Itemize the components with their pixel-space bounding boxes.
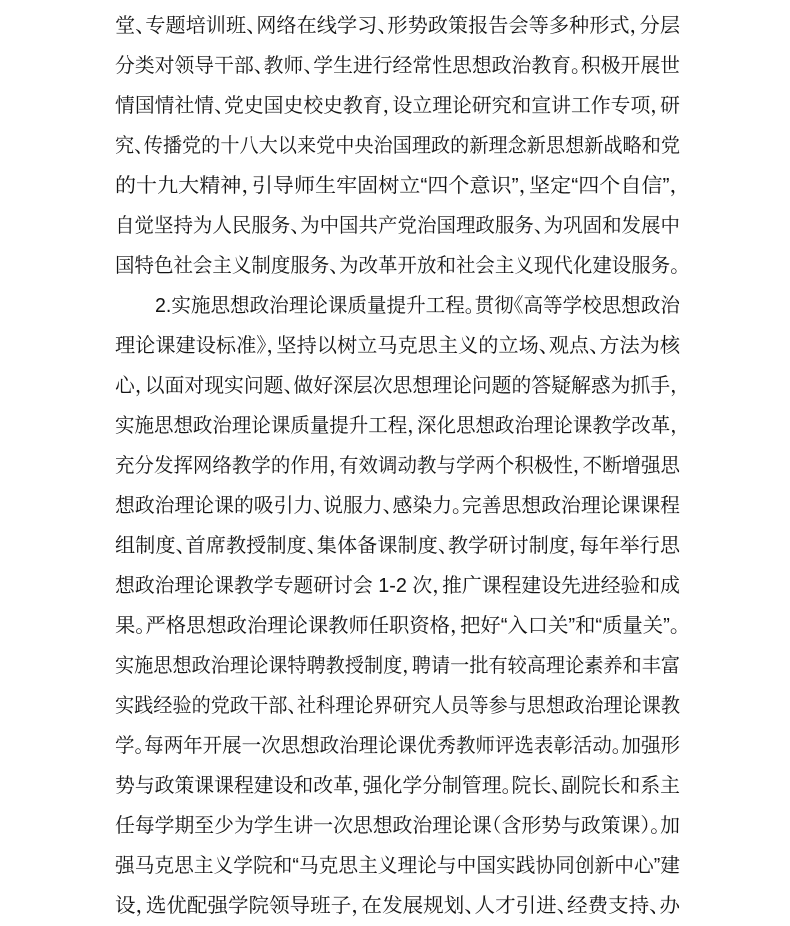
text-line-content: 组制度、首席教授制度、集体备课制度、教学研讨制度，每年举行思 bbox=[115, 526, 680, 566]
text-line: 究、传播党的十八大以来党中央治国理政的新理念新思想新战略和党 bbox=[115, 126, 680, 166]
text-line-content: 的十九大精神，引导师生牢固树立“四个意识”，坚定“四个自信”， bbox=[115, 166, 680, 206]
text-line-content: 设，选优配强学院领导班子，在发展规划、人才引进、经费支持、办 bbox=[115, 886, 680, 926]
text-line-content: 实施思想政治理论课特聘教授制度，聘请一批有较高理论素养和丰富 bbox=[115, 646, 680, 686]
text-line: 的十九大精神，引导师生牢固树立“四个意识”，坚定“四个自信”， bbox=[115, 166, 680, 206]
text-line-content: 学。每两年开展一次思想政治理论课优秀教师评选表彰活动。加强形 bbox=[115, 726, 680, 766]
text-line-content: 任每学期至少为学生讲一次思想政治理论课（含形势与政策课）。加 bbox=[115, 806, 680, 846]
document-page: 堂、专题培训班、网络在线学习、形势政策报告会等多种形式，分层 分类对领导干部、教… bbox=[0, 0, 790, 926]
text-line-content: 实施思想政治理论课质量提升工程，深化思想政治理论课教学改革， bbox=[115, 406, 680, 446]
text-line-content: 实践经验的党政干部、社科理论界研究人员等参与思想政治理论课教 bbox=[115, 686, 680, 726]
text-line-content: 自觉坚持为人民服务、为中国共产党治国理政服务、为巩固和发展中 bbox=[115, 206, 680, 246]
text-line: 果。严格思想政治理论课教师任职资格，把好“入口关”和“质量关”。 bbox=[115, 606, 680, 646]
text-line-content: 强马克思主义学院和“马克思主义理论与中国实践协同创新中心”建 bbox=[115, 846, 680, 886]
text-line: 分类对领导干部、教师、学生进行经常性思想政治教育。积极开展世 bbox=[115, 46, 680, 86]
text-line: 心，以面对现实问题、做好深层次思想理论问题的答疑解惑为抓手， bbox=[115, 366, 680, 406]
text-line: 任每学期至少为学生讲一次思想政治理论课（含形势与政策课）。加 bbox=[115, 806, 680, 846]
text-line-content: 想政治理论课教学专题研讨会 1-2 次，推广课程建设先进经验和成 bbox=[115, 566, 680, 606]
text-line: 学。每两年开展一次思想政治理论课优秀教师评选表彰活动。加强形 bbox=[115, 726, 680, 766]
text-line: 充分发挥网络教学的作用，有效调动教与学两个积极性，不断增强思 bbox=[115, 446, 680, 486]
text-line-content: 分类对领导干部、教师、学生进行经常性思想政治教育。积极开展世 bbox=[115, 46, 680, 86]
text-line: 实施思想政治理论课特聘教授制度，聘请一批有较高理论素养和丰富 bbox=[115, 646, 680, 686]
text-line-paragraph-start: 2.实施思想政治理论课质量提升工程。贯彻《高等学校思想政治 bbox=[115, 286, 680, 326]
text-line-content: 国特色社会主义制度服务、为改革开放和社会主义现代化建设服务。 bbox=[115, 246, 680, 286]
text-line-content: 究、传播党的十八大以来党中央治国理政的新理念新思想新战略和党 bbox=[115, 126, 680, 166]
text-line: 自觉坚持为人民服务、为中国共产党治国理政服务、为巩固和发展中 bbox=[115, 206, 680, 246]
text-line-content: 堂、专题培训班、网络在线学习、形势政策报告会等多种形式，分层 bbox=[115, 6, 680, 46]
text-line: 国特色社会主义制度服务、为改革开放和社会主义现代化建设服务。 bbox=[115, 246, 680, 286]
document-text-block: 堂、专题培训班、网络在线学习、形势政策报告会等多种形式，分层 分类对领导干部、教… bbox=[115, 6, 680, 926]
text-line-content: 情国情社情、党史国史校史教育，设立理论研究和宣讲工作专项，研 bbox=[115, 86, 680, 126]
text-line-content: 理论课建设标准》，坚持以树立马克思主义的立场、观点、方法为核 bbox=[115, 326, 680, 366]
text-line: 想政治理论课教学专题研讨会 1-2 次，推广课程建设先进经验和成 bbox=[115, 566, 680, 606]
text-line: 堂、专题培训班、网络在线学习、形势政策报告会等多种形式，分层 bbox=[115, 6, 680, 46]
text-line-content: 2.实施思想政治理论课质量提升工程。贯彻《高等学校思想政治 bbox=[155, 286, 680, 326]
text-line: 实践经验的党政干部、社科理论界研究人员等参与思想政治理论课教 bbox=[115, 686, 680, 726]
text-line-content: 势与政策课课程建设和改革，强化学分制管理。院长、副院长和系主 bbox=[115, 766, 680, 806]
text-line-content: 充分发挥网络教学的作用，有效调动教与学两个积极性，不断增强思 bbox=[115, 446, 680, 486]
text-line: 势与政策课课程建设和改革，强化学分制管理。院长、副院长和系主 bbox=[115, 766, 680, 806]
text-line: 理论课建设标准》，坚持以树立马克思主义的立场、观点、方法为核 bbox=[115, 326, 680, 366]
text-line-content: 想政治理论课的吸引力、说服力、感染力。完善思想政治理论课课程 bbox=[115, 486, 680, 526]
text-line: 实施思想政治理论课质量提升工程，深化思想政治理论课教学改革， bbox=[115, 406, 680, 446]
text-line: 组制度、首席教授制度、集体备课制度、教学研讨制度，每年举行思 bbox=[115, 526, 680, 566]
text-line: 设，选优配强学院领导班子，在发展规划、人才引进、经费支持、办 bbox=[115, 886, 680, 926]
text-line: 想政治理论课的吸引力、说服力、感染力。完善思想政治理论课课程 bbox=[115, 486, 680, 526]
text-line-content: 心，以面对现实问题、做好深层次思想理论问题的答疑解惑为抓手， bbox=[115, 366, 680, 406]
text-line: 情国情社情、党史国史校史教育，设立理论研究和宣讲工作专项，研 bbox=[115, 86, 680, 126]
text-line-content: 果。严格思想政治理论课教师任职资格，把好“入口关”和“质量关”。 bbox=[115, 606, 680, 646]
text-line: 强马克思主义学院和“马克思主义理论与中国实践协同创新中心”建 bbox=[115, 846, 680, 886]
